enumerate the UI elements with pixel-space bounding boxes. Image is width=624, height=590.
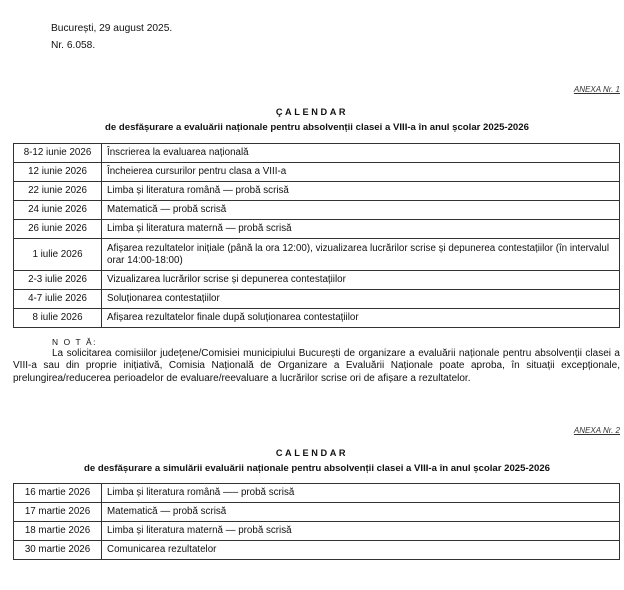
table-row: 24 iunie 2026Matematică — probă scrisă (14, 201, 620, 220)
table-row: 22 iunie 2026Limba și literatura română … (14, 182, 620, 201)
document-number: Nr. 6.058. (51, 40, 95, 52)
row-activity: Matematică — probă scrisă (102, 201, 620, 220)
row-activity: Comunicarea rezultatelor (102, 541, 620, 560)
annex-1-calendar-table: 8-12 iunie 2026Înscrierea la evaluarea n… (13, 143, 620, 328)
row-activity: Încheierea cursurilor pentru clasa a VII… (102, 163, 620, 182)
row-activity: Soluționarea contestațiilor (102, 290, 620, 309)
row-date: 4-7 iulie 2026 (14, 290, 102, 309)
note-text: La solicitarea comisiilor județene/Comis… (13, 348, 620, 385)
row-date: 12 iunie 2026 (14, 163, 102, 182)
row-activity: Afișarea rezultatelor finale după soluți… (102, 309, 620, 328)
table-row: 8-12 iunie 2026Înscrierea la evaluarea n… (14, 144, 620, 163)
table-row: 8 iulie 2026Afișarea rezultatelor finale… (14, 309, 620, 328)
row-date: 26 iunie 2026 (14, 220, 102, 239)
table-row: 16 martie 2026Limba și literatura română… (14, 484, 620, 503)
row-date: 22 iunie 2026 (14, 182, 102, 201)
table-row: 1 iulie 2026Afișarea rezultatelor iniția… (14, 239, 620, 271)
annex-1-label: ANEXA Nr. 1 (574, 85, 620, 94)
row-activity: Limba și literatura română —– probă scri… (102, 484, 620, 503)
row-activity: Înscrierea la evaluarea națională (102, 144, 620, 163)
table-row: 18 martie 2026Limba și literatura matern… (14, 522, 620, 541)
table-row: 26 iunie 2026Limba și literatura maternă… (14, 220, 620, 239)
annex-1-subtitle: de desfășurare a evaluării naționale pen… (0, 122, 624, 133)
annex-2-title: CALENDAR (0, 448, 624, 458)
annex-2-calendar-table: 16 martie 2026Limba și literatura română… (13, 483, 620, 560)
row-date: 8-12 iunie 2026 (14, 144, 102, 163)
annex-1-title: ÇALENDAR (0, 107, 624, 117)
row-date: 18 martie 2026 (14, 522, 102, 541)
row-date: 1 iulie 2026 (14, 239, 102, 271)
row-date: 2-3 iulie 2026 (14, 271, 102, 290)
annex-2-label: ANEXA Nr. 2 (574, 426, 620, 435)
annex-2-subtitle: de desfășurare a simulării evaluării naț… (0, 463, 624, 474)
table-row: 2-3 iulie 2026Vizualizarea lucrărilor sc… (14, 271, 620, 290)
table-row: 30 martie 2026Comunicarea rezultatelor (14, 541, 620, 560)
row-date: 30 martie 2026 (14, 541, 102, 560)
table-row: 17 martie 2026Matematică — probă scrisă (14, 503, 620, 522)
row-date: 24 iunie 2026 (14, 201, 102, 220)
row-date: 17 martie 2026 (14, 503, 102, 522)
row-activity: Matematică — probă scrisă (102, 503, 620, 522)
table-row: 4-7 iulie 2026Soluționarea contestațiilo… (14, 290, 620, 309)
note-label: N O T Ă: (52, 337, 97, 347)
row-activity: Vizualizarea lucrărilor scrise și depune… (102, 271, 620, 290)
row-activity: Limba și literatura română — probă scris… (102, 182, 620, 201)
row-date: 8 iulie 2026 (14, 309, 102, 328)
row-activity: Limba și literatura maternă — probă scri… (102, 220, 620, 239)
row-date: 16 martie 2026 (14, 484, 102, 503)
row-activity: Afișarea rezultatelor inițiale (până la … (102, 239, 620, 271)
document-place-date: București, 29 august 2025. (51, 23, 172, 35)
table-row: 12 iunie 2026Încheierea cursurilor pentr… (14, 163, 620, 182)
row-activity: Limba și literatura maternă — probă scri… (102, 522, 620, 541)
